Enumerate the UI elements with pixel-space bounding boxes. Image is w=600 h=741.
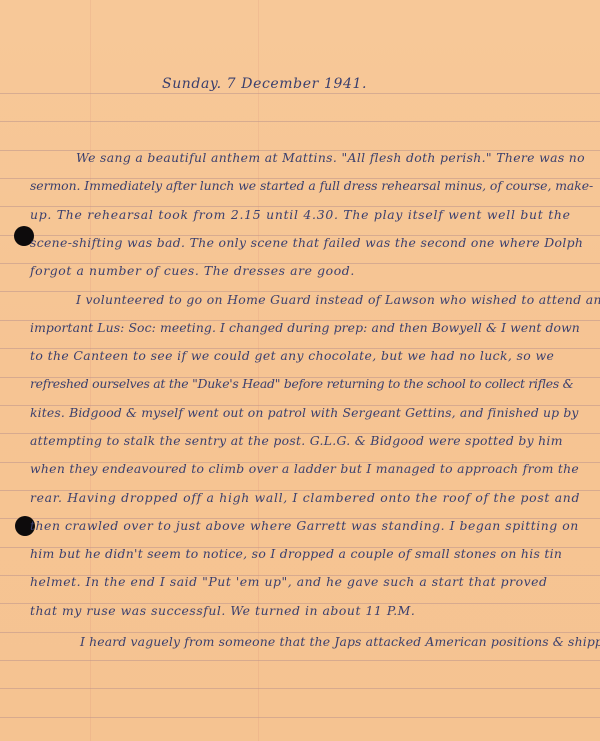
ruled-line: [0, 121, 600, 122]
text-line: attempting to stalk the sentry at the po…: [30, 435, 563, 447]
ruled-line: [0, 688, 600, 689]
text-line: to the Canteen to see if we could get an…: [30, 350, 554, 362]
margin-line: [258, 0, 259, 741]
text-line: forgot a number of cues. The dresses are…: [30, 265, 355, 277]
text-line: rear. Having dropped off a high wall, I …: [30, 492, 580, 504]
text-line: important Lus: Soc: meeting. I changed d…: [30, 322, 580, 334]
text-line: I volunteered to go on Home Guard instea…: [76, 294, 600, 306]
text-line: up. The rehearsal took from 2.15 until 4…: [30, 209, 571, 221]
text-line: helmet. In the end I said "Put 'em up", …: [30, 576, 548, 588]
text-line: when they endeavoured to climb over a la…: [30, 463, 579, 475]
text-line: him but he didn't seem to notice, so I d…: [30, 548, 562, 560]
text-line: scene-shifting was bad. The only scene t…: [30, 237, 583, 249]
text-line: refreshed ourselves at the "Duke's Head"…: [30, 378, 573, 390]
ruled-line: [0, 660, 600, 661]
margin-line: [90, 0, 91, 741]
text-line: I heard vaguely from someone that the Ja…: [80, 636, 600, 648]
text-line: kites. Bidgood & myself went out on patr…: [30, 407, 579, 419]
ruled-line: [0, 717, 600, 718]
text-line: sermon. Immediately after lunch we start…: [30, 180, 593, 192]
ruled-line: [0, 93, 600, 94]
text-line: that my ruse was successful. We turned i…: [30, 605, 415, 617]
text-line: then crawled over to just above where Ga…: [30, 520, 579, 532]
text-line: We sang a beautiful anthem at Mattins. "…: [76, 152, 585, 164]
diary-page: Sunday. 7 December 1941. We sang a beaut…: [0, 0, 600, 741]
date-heading: Sunday. 7 December 1941.: [162, 77, 367, 91]
ruled-line: [0, 632, 600, 633]
